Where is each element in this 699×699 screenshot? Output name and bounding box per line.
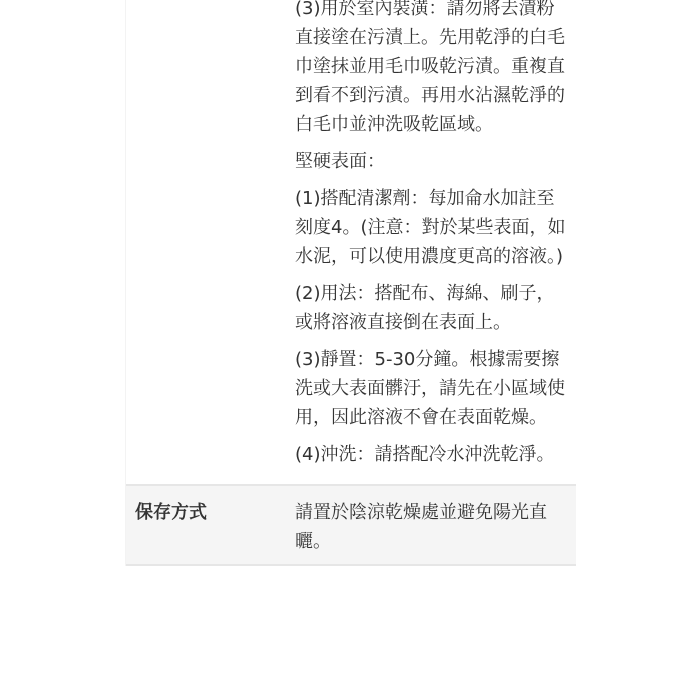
instruction-upholstery: (3)用於室內裝潢：請勿將去漬粉直接塗在污漬上。先用乾淨的白毛巾塗抹並用毛巾吸乾…: [295, 0, 568, 139]
instruction-wait: (3)靜置：5-30分鐘。根據需要擦洗或大表面髒汙，請先在小區域使用，因此溶液不…: [295, 345, 568, 432]
usage-label: [126, 0, 295, 469]
hard-surface-heading: 堅硬表面：: [295, 147, 568, 176]
storage-label: 保存方式: [126, 486, 295, 564]
storage-row: 保存方式 請置於陰涼乾燥處並避免陽光直曬。: [126, 486, 576, 566]
usage-instructions-row: (3)用於室內裝潢：請勿將去漬粉直接塗在污漬上。先用乾淨的白毛巾塗抹並用毛巾吸乾…: [126, 0, 576, 486]
instruction-apply: (2)用法：搭配布、海綿、刷子，或將溶液直接倒在表面上。: [295, 279, 568, 337]
storage-value: 請置於陰涼乾燥處並避免陽光直曬。: [295, 486, 576, 564]
usage-instructions-value: (3)用於室內裝潢：請勿將去漬粉直接塗在污漬上。先用乾淨的白毛巾塗抹並用毛巾吸乾…: [295, 0, 576, 469]
product-spec-table: (3)用於室內裝潢：請勿將去漬粉直接塗在污漬上。先用乾淨的白毛巾塗抹並用毛巾吸乾…: [125, 0, 576, 566]
instruction-rinse: (4)沖洗：請搭配冷水沖洗乾淨。: [295, 440, 568, 469]
instruction-mix: (1)搭配清潔劑：每加侖水加註至刻度4。(注意：對於某些表面，如水泥，可以使用濃…: [295, 184, 568, 271]
